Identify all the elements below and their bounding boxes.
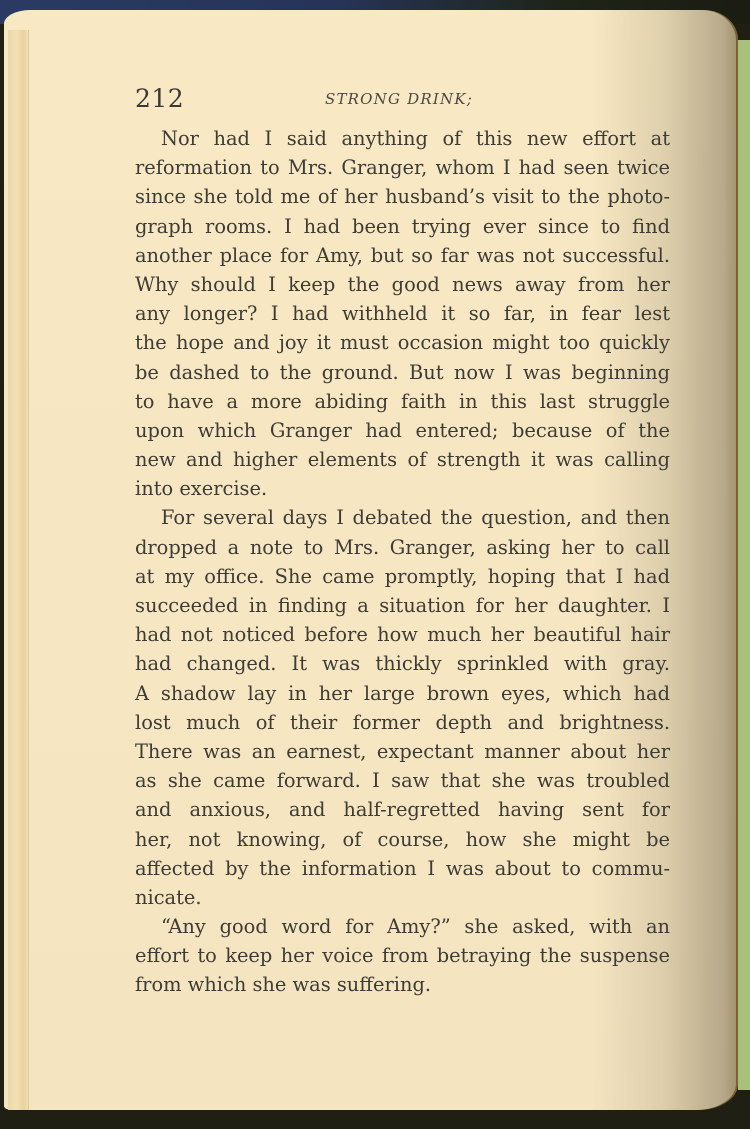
adjacent-page-edge [738, 40, 750, 1090]
page-header: 212 STRONG DRINK; [135, 84, 670, 124]
text-line: had not noticed before how much her beau… [135, 620, 670, 649]
text-line: her, not knowing, of course, how she mig… [135, 825, 670, 854]
text-line: had changed. It was thickly sprinkled wi… [135, 649, 670, 678]
text-line: “Any good word for Amy?” she asked, with… [135, 912, 670, 941]
running-head: STRONG DRINK; [325, 90, 473, 108]
paragraph-3: “Any good word for Amy?” she asked, with… [135, 912, 670, 1000]
text-line: succeeded in finding a situation for her… [135, 591, 670, 620]
text-line: graph rooms. I had been trying ever sinc… [135, 212, 670, 241]
text-line: and anxious, and half-regretted having s… [135, 795, 670, 824]
text-line: at my office. She came promptly, hoping … [135, 562, 670, 591]
text-line: reformation to Mrs. Granger, whom I had … [135, 153, 670, 182]
text-line: another place for Amy, but so far was no… [135, 241, 670, 270]
text-line: dropped a note to Mrs. Granger, asking h… [135, 533, 670, 562]
text-line: effort to keep her voice from betraying … [135, 941, 670, 970]
text-line: Nor had I said anything of this new effo… [135, 124, 670, 153]
text-line: any longer? I had withheld it so far, in… [135, 299, 670, 328]
text-line: nicate. [135, 883, 670, 912]
paragraph-1: Nor had I said anything of this new effo… [135, 124, 670, 503]
text-line: be dashed to the ground. But now I was b… [135, 358, 670, 387]
page-content: 212 STRONG DRINK; Nor had I said anythin… [135, 84, 670, 1000]
text-line: A shadow lay in her large brown eyes, wh… [135, 679, 670, 708]
text-line: into exercise. [135, 474, 670, 503]
text-line: lost much of their former depth and brig… [135, 708, 670, 737]
text-line: as she came forward. I saw that she was … [135, 766, 670, 795]
text-line: the hope and joy it must occasion might … [135, 328, 670, 357]
text-line: upon which Granger had entered; because … [135, 416, 670, 445]
text-line: There was an earnest, expectant manner a… [135, 737, 670, 766]
page-number: 212 [135, 84, 184, 113]
text-line: since she told me of her husband’s visit… [135, 182, 670, 211]
page-gutter [8, 30, 29, 1110]
text-line: affected by the information I was about … [135, 854, 670, 883]
text-line: new and higher elements of strength it w… [135, 445, 670, 474]
text-line: from which she was suffering. [135, 970, 670, 999]
text-line: Why should I keep the good news away fro… [135, 270, 670, 299]
paragraph-2: For several days I debated the question,… [135, 503, 670, 912]
text-line: For several days I debated the question,… [135, 503, 670, 532]
text-line: to have a more abiding faith in this las… [135, 387, 670, 416]
